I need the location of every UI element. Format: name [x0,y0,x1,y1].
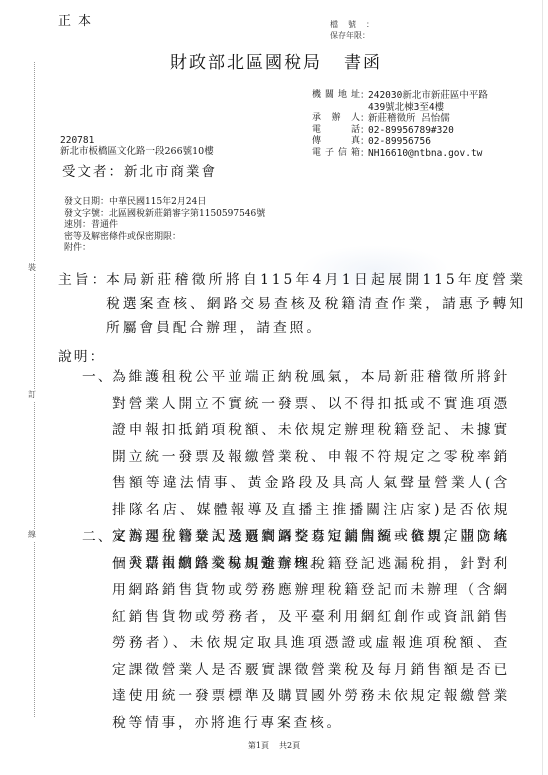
postal-code: 220781 [60,135,214,146]
address-line1: 242030新北市新莊區中平路 [368,90,488,102]
subject-section: 主旨： 本局新莊稽徵所將自115年4月1日起展開115年度營業稅選案查核、網路交… [58,268,478,340]
handler-value: 新莊稽徵所 呂怡儒 [368,113,450,125]
agency-name: 財政部北區國稅局 [170,53,322,73]
copy-label: 正本 [58,10,98,29]
recipient-line: 受文者：新北市商業會 [62,160,217,180]
document-type: 書函 [344,53,382,73]
item-text: 又為遏止營業人透過網路交易短漏開統一發票，並防堵個人藉由網路交易規避辦理稅籍登記… [112,524,510,736]
recipient-address: 新北市板橋區文化路一段266號10樓 [60,146,214,157]
retention-label: 保存年限： [330,30,384,41]
issue-date: 發文日期：中華民國115年2月24日 [64,197,265,209]
file-number-label: 檔號： [330,19,384,30]
fax-value: 02-89956756 [368,136,431,148]
binding-mark-xian: 線 [28,529,36,541]
handler-label: 承辦人 [312,113,360,125]
issue-number: 發文字號：北區國稅新莊銷審字第1150597546號 [64,209,265,221]
address-label: 機關地址 [312,90,360,102]
classification: 密等及解密條件或保密期限： [64,232,265,244]
address-line2: 439號北棟3至4樓 [368,102,444,114]
item-number: 二、 [82,524,114,551]
page-edge [542,0,543,775]
email-label: 電子信箱 [312,148,360,160]
fax-label: 傳真 [312,136,360,148]
subject-text: 本局新莊稽徵所將自115年4月1日起展開115年度營業稅選案查核、網路交易查核及… [106,268,526,340]
attachments: 附件： [64,243,265,255]
recipient-address-block: 220781 新北市板橋區文化路一段266號10樓 [60,135,214,157]
item-number: 一、 [82,364,114,391]
issue-meta: 發文日期：中華民國115年2月24日 發文字號：北區國稅新莊銷審字第115059… [64,197,265,255]
binding-mark-zhuang: 裝 [28,262,36,274]
urgency: 速別：普通件 [64,220,265,232]
page-number: 第1頁 [248,741,269,750]
file-meta: 檔號： 保存年限： [330,19,384,41]
explanation-item: 二、 又為遏止營業人透過網路交易短漏開統一發票，並防堵個人藉由網路交易規避辦理稅… [82,524,512,736]
binding-mark-ding: 訂 [28,389,36,401]
email-value: NH16610@ntbna.gov.tw [368,148,482,160]
phone-value: 02-89956789#320 [368,125,454,137]
page-total: 共2頁 [279,741,300,750]
sender-info: 機關地址：242030新北市新莊區中平路 439號北棟3至4樓 承辦人：新莊稽徵… [312,90,488,160]
explanation-heading: 說明： [58,345,105,365]
subject-label: 主旨： [58,268,108,292]
page-footer: 第1頁共2頁 [0,740,548,751]
document-title: 財政部北區國稅局書函 [170,48,382,73]
phone-label: 電話 [312,125,360,137]
